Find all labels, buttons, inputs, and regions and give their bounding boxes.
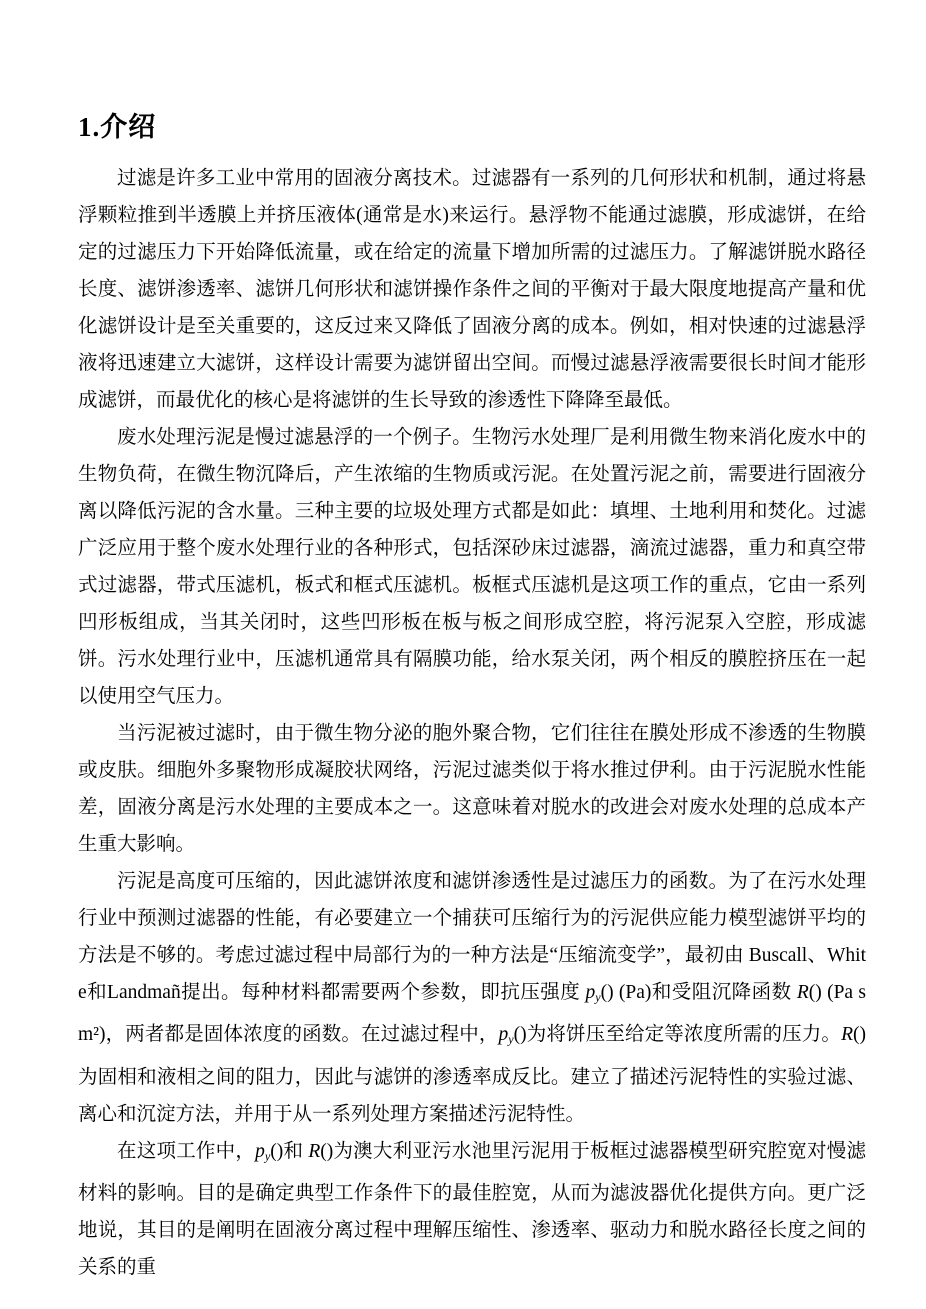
math-symbol: R (841, 1024, 853, 1045)
paragraph: 废水处理污泥是慢过滤悬浮的一个例子。生物污水处理厂是利用微生物来消化废水中的生物… (78, 419, 866, 715)
paragraph: 污泥是高度可压缩的，因此滤饼浓度和滤饼渗透性是过滤压力的函数。为了在污水处理行业… (78, 863, 866, 1133)
math-symbol: p (499, 1024, 509, 1045)
section-heading: 1.介绍 (78, 110, 866, 144)
text-run: 在这项工作中， (117, 1141, 255, 1162)
math-symbol: R (308, 1141, 320, 1162)
body-text: 过滤是许多工业中常用的固液分离技术。过滤器有一系列的几何形状和机制，通过将悬浮颗… (78, 160, 866, 1286)
text-run: ()和 (270, 1141, 308, 1162)
text-run: ()为将饼压至给定等浓度所需的压力。 (514, 1024, 841, 1045)
text-run: 废水处理污泥是慢过滤悬浮的一个例子。生物污水处理厂是利用微生物来消化废水中的生物… (78, 427, 866, 707)
document-page: 1.介绍 过滤是许多工业中常用的固液分离技术。过滤器有一系列的几何形状和机制，通… (78, 110, 866, 1286)
text-run: 过滤是许多工业中常用的固液分离技术。过滤器有一系列的几何形状和机制，通过将悬浮颗… (78, 168, 866, 411)
math-symbol: R (797, 982, 809, 1003)
paragraph: 当污泥被过滤时，由于微生物分泌的胞外聚合物，它们往往在膜处形成不渗透的生物膜或皮… (78, 715, 866, 863)
math-symbol: p (255, 1141, 265, 1162)
text-run: 当污泥被过滤时，由于微生物分泌的胞外聚合物，它们往往在膜处形成不渗透的生物膜或皮… (78, 723, 866, 855)
paragraph: 过滤是许多工业中常用的固液分离技术。过滤器有一系列的几何形状和机制，通过将悬浮颗… (78, 160, 866, 419)
math-symbol: p (585, 982, 595, 1003)
text-run: () (Pa)和受阻沉降函数 (601, 982, 797, 1003)
paragraph: 在这项工作中，py()和 R()为澳大利亚污水池里污泥用于板框过滤器模型研究腔宽… (78, 1133, 866, 1286)
